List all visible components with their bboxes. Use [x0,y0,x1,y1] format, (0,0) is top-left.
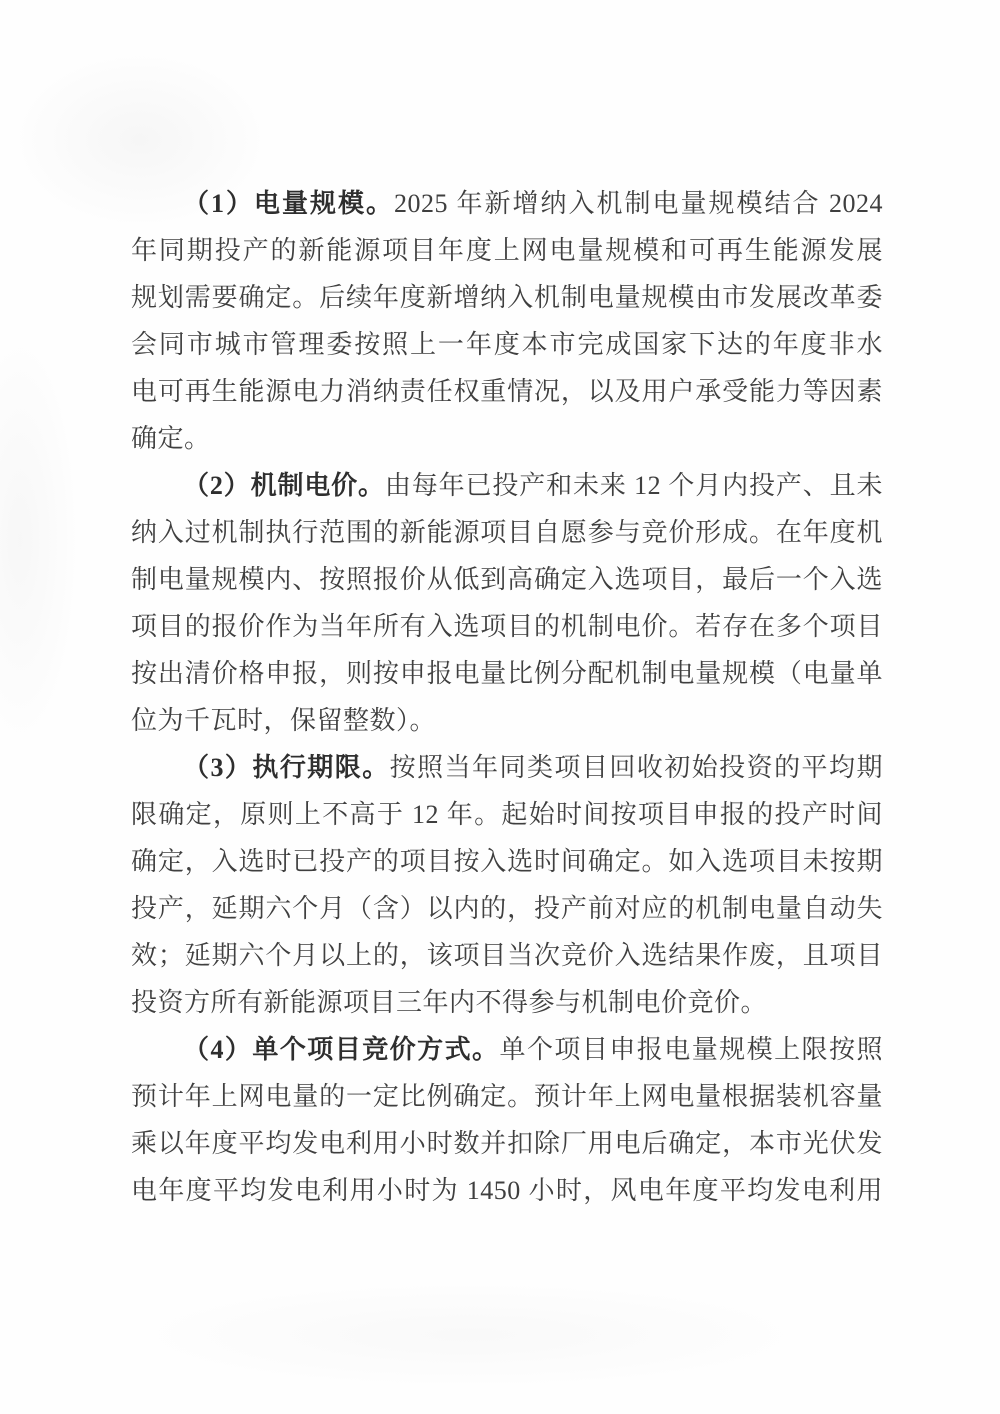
paragraph-1-electricity-scale: （1）电量规模。2025 年新增纳入机制电量规模结合 2024 年同期投产的新能… [131,180,883,462]
paragraph-text: 2025 年新增纳入机制电量规模结合 2024 [394,189,883,218]
paragraph-text: 单个项目申报电量规模上限按照 [500,1035,883,1064]
paragraph-heading: （4）单个项目竞价方式。 [183,1035,500,1064]
text-line: 规划需要确定。后续年度新增纳入机制电量规模由市发展改革委 [131,274,883,321]
text-line: 纳入过机制执行范围的新能源项目自愿参与竞价形成。在年度机 [131,509,883,556]
text-line: 投产，延期六个月（含）以内的，投产前对应的机制电量自动失 [131,885,883,932]
scan-noise [120,1280,820,1390]
paragraph-3-execution-period: （3）执行期限。按照当年同类项目回收初始投资的平均期 限确定，原则上不高于 12… [131,744,883,1026]
text-line: 预计年上网电量的一定比例确定。预计年上网电量根据装机容量 [131,1073,883,1120]
scan-noise [0,330,80,750]
text-line: 限确定，原则上不高于 12 年。起始时间按项目申报的投产时间 [131,791,883,838]
text-line: 乘以年度平均发电利用小时数并扣除厂用电后确定，本市光伏发 [131,1120,883,1167]
text-line: 项目的报价作为当年所有入选项目的机制电价。若存在多个项目 [131,603,883,650]
text-line: 年同期投产的新能源项目年度上网电量规模和可再生能源发展 [131,227,883,274]
document-page: （1）电量规模。2025 年新增纳入机制电量规模结合 2024 年同期投产的新能… [0,0,1000,1414]
text-line: 会同市城市管理委按照上一年度本市完成国家下达的年度非水 [131,321,883,368]
text-line: （2）机制电价。由每年已投产和未来 12 个月内投产、且未 [131,462,883,509]
paragraph-4-single-project-bidding: （4）单个项目竞价方式。单个项目申报电量规模上限按照 预计年上网电量的一定比例确… [131,1026,883,1214]
paragraph-text: 按照当年同类项目回收初始投资的平均期 [390,753,883,782]
paragraph-text: 由每年已投产和未来 12 个月内投产、且未 [385,471,883,500]
text-line: 制电量规模内、按照报价从低到高确定入选项目，最后一个入选 [131,556,883,603]
text-line: （3）执行期限。按照当年同类项目回收初始投资的平均期 [131,744,883,791]
text-line: 确定。 [131,415,883,462]
document-body: （1）电量规模。2025 年新增纳入机制电量规模结合 2024 年同期投产的新能… [131,180,883,1214]
text-line: 投资方所有新能源项目三年内不得参与机制电价竞价。 [131,979,883,1026]
text-line: 确定，入选时已投产的项目按入选时间确定。如入选项目未按期 [131,838,883,885]
paragraph-2-mechanism-price: （2）机制电价。由每年已投产和未来 12 个月内投产、且未 纳入过机制执行范围的… [131,462,883,744]
paragraph-heading: （1）电量规模。 [183,189,394,218]
text-line: 电年度平均发电利用小时为 1450 小时，风电年度平均发电利用 [131,1167,883,1214]
text-line: 电可再生能源电力消纳责任权重情况，以及用户承受能力等因素 [131,368,883,415]
text-line: 效；延期六个月以上的，该项目当次竞价入选结果作废，且项目 [131,932,883,979]
text-line: 按出清价格申报，则按申报电量比例分配机制电量规模（电量单 [131,650,883,697]
paragraph-heading: （3）执行期限。 [183,753,390,782]
text-line: 位为千瓦时，保留整数）。 [131,697,883,744]
text-line: （4）单个项目竞价方式。单个项目申报电量规模上限按照 [131,1026,883,1073]
text-line: （1）电量规模。2025 年新增纳入机制电量规模结合 2024 [131,180,883,227]
paragraph-heading: （2）机制电价。 [183,471,385,500]
